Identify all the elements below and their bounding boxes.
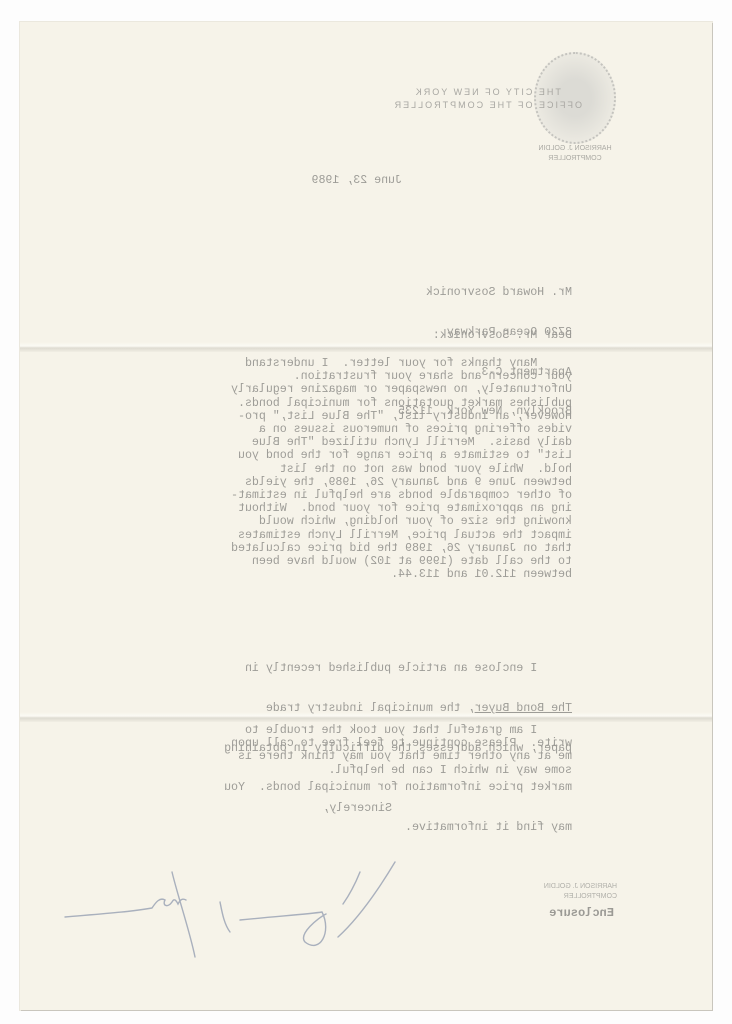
enclosure-note: Enclosure [549,906,614,920]
address-line: Mr. Howard Sosvronick [398,286,572,299]
paragraph-line: me at any other time that you may think … [231,750,572,763]
paragraph-line: The Bond Buyer, the municipal industry t… [224,702,572,715]
paragraph-line: may find it informative. [224,821,572,834]
letter-date: June 23, 1989 [312,174,402,187]
paragraph-line: Unfortunately, no newspaper or magazine … [231,383,572,396]
paragraph-line: Many thanks for your letter. I understan… [231,357,572,370]
salutation: Dear Mr. Sosvronick: [433,329,572,342]
letterhead: THE CITY OF NEW YORK OFFICE OF THE COMPT… [393,86,582,112]
paragraph-3: I am grateful that you took the trouble … [231,724,572,777]
paragraph-line: your concern and share your frustration. [231,370,572,383]
paragraph-line: write. Please continue to feel free to c… [231,737,572,750]
signer-name: HARRISON J. GOLDIN [544,882,617,892]
paragraph-line: that on January 26, 1989 the bid price c… [231,542,572,555]
official-name: HARRISON J. GOLDIN [530,144,620,154]
paragraph-line: between 112.01 and 113.44. [231,568,572,581]
publication-title: The Bond Buyer [475,702,572,715]
letter-sheet: HARRISON J. GOLDIN COMPTROLLER THE CITY … [20,22,712,1010]
paragraph-line: hold. While your bond was not on the lis… [231,463,572,476]
paragraph-line: of other comparable bonds are helpful in… [231,489,572,502]
paragraph-line: between June 9 and January 26, 1989, the… [231,476,572,489]
paragraph-line: some way in which I can be helpful. [231,764,572,777]
signer-block: HARRISON J. GOLDIN COMPTROLLER [544,882,617,902]
paragraph-line: daily basis. Merrill Lynch utilized "The… [231,436,572,449]
paragraph-line: market price information for municipal b… [224,781,572,794]
paragraph-text: , the municipal industry trade [266,702,475,715]
official-title: COMPTROLLER [530,154,620,164]
official-block: HARRISON J. GOLDIN COMPTROLLER [530,144,620,164]
signer-title: COMPTROLLER [544,892,617,902]
paragraph-line: I enclose an article published recently … [224,662,572,675]
letterhead-line2: OFFICE OF THE COMPTROLLER [393,99,582,112]
signature-icon [60,842,460,982]
paragraph-1: Many thanks for your letter. I understan… [231,357,572,581]
paragraph-line: ing an approximate price for your bond. … [231,502,572,515]
paragraph-line: However, an industry list, "The Blue Lis… [231,410,572,423]
paragraph-line: I am grateful that you took the trouble … [231,724,572,737]
paragraph-line: impact the actual price, Merrill Lynch e… [231,529,572,542]
paragraph-line: to the call date (1999 at 102) would hav… [231,555,572,568]
closing: Sincerely, [322,802,392,815]
paragraph-line: publishes market quotations for municipa… [231,397,572,410]
paragraph-line: vides offering prices of numerous issues… [231,423,572,436]
paragraph-line: knowing the size of your holding, which … [231,515,572,528]
letterhead-line1: THE CITY OF NEW YORK [393,86,582,99]
paragraph-line: List" to estimate a price range for the … [231,449,572,462]
